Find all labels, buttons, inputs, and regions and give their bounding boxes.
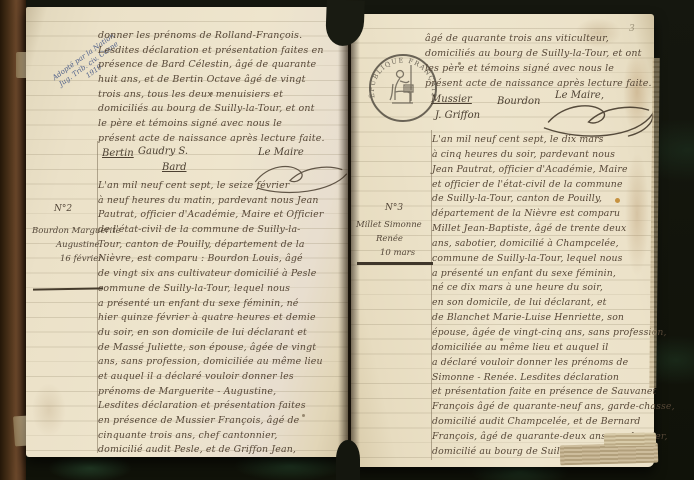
scanned-register-photo: Adopté par la NationJug. Trib. civ. Cosn… <box>0 0 694 480</box>
signature-gaudry: Gaudry S. <box>138 146 188 157</box>
manuscript-line: a présenté un enfant du sexe féminin, né <box>98 297 352 312</box>
margin-date: 10 mars <box>380 248 415 258</box>
manuscript-line: présence de Bard Célestin, âgé de quaran… <box>98 58 348 73</box>
manuscript-line: L'an mil neuf cent sept, le dix mars <box>432 133 664 148</box>
margin-date: 16 février <box>60 254 102 264</box>
manuscript-line: et officier de l'état-civil de la commun… <box>432 178 664 193</box>
manuscript-line: trois ans, tous les deux menuisiers et <box>98 88 348 103</box>
margin-name-2: Renée <box>376 234 403 244</box>
manuscript-line: domiciliée au même lieu et auquel il <box>432 341 664 356</box>
signature-bourdon: Bourdon <box>497 96 540 107</box>
paper-speck <box>302 414 305 417</box>
manuscript-line: né ce dix mars à une heure du soir, <box>432 281 664 296</box>
manuscript-line: de Suilly-la-Tour, canton de Pouilly, <box>432 192 664 207</box>
manuscript-line: prénoms de Marguerite - Augustine, <box>98 385 352 400</box>
act-bourdon-closing: âgé de quarante trois ans viticulteur,do… <box>425 31 665 91</box>
manuscript-line: donner les prénoms de Rolland-François. <box>98 29 348 44</box>
manuscript-line: le père et témoins signé avec nous le <box>98 117 348 132</box>
manuscript-line: a présenté un enfant du sexe féminin, <box>432 267 664 282</box>
manuscript-line: ans, sabotier, domicilié à Champcelée, <box>432 237 664 252</box>
marianne-figure <box>390 65 413 103</box>
manuscript-line: Simonne - Renée. Lesdites déclaration <box>432 371 664 386</box>
manuscript-line: Lesdites déclaration et présentation fai… <box>98 44 348 59</box>
manuscript-line: ans, sans profession, domiciliée au même… <box>98 355 352 370</box>
manuscript-line: commune de Suilly-la-Tour, lequel nous <box>432 252 664 267</box>
manuscript-line: en présence de Mussier François, âgé de <box>98 414 352 429</box>
manuscript-line: domiciliés au bourg de Suilly-la-Tour, e… <box>425 46 665 61</box>
manuscript-line: cinquante trois ans, chef cantonnier, <box>98 429 352 444</box>
act-number: N°3 <box>385 203 403 213</box>
manuscript-line: du soir, en son domicile de lui déclaran… <box>98 326 352 341</box>
manuscript-line: Millet Jean-Baptiste, âgé de trente deux <box>432 222 664 237</box>
manuscript-line: Nièvre, est comparu : Bourdon Louis, âgé <box>98 252 352 267</box>
signature-bard: Bard <box>162 162 187 173</box>
manuscript-line: et présentation faite en présence de Sau… <box>432 385 664 400</box>
paper-speck <box>210 92 213 95</box>
margin-name-2: Augustine <box>56 240 100 250</box>
manuscript-line: de l'état-civil de la commune de Suilly-… <box>98 223 352 238</box>
act-bourdon: L'an mil neuf cent sept, le seize févrie… <box>98 179 352 458</box>
act-number: N°2 <box>54 204 72 214</box>
margin-name: Millet Simonne <box>356 220 422 230</box>
paper-speck <box>458 62 461 65</box>
manuscript-line: épouse, âgée de vingt-cinq ans, sans pro… <box>432 326 664 341</box>
signature-griffon: J. Griffon <box>435 110 480 121</box>
manuscript-line: présent acte de naissance après lecture … <box>98 132 348 147</box>
paper-speck <box>500 338 503 341</box>
left-page: Adopté par la NationJug. Trib. civ. Cosn… <box>26 7 348 457</box>
manuscript-line: huit ans, et de Bertin Octave âgé de vin… <box>98 73 348 88</box>
gutter-shadow <box>338 0 360 480</box>
signature-mussier: Mussier <box>431 94 472 105</box>
manuscript-line: et auquel il a déclaré vouloir donner le… <box>98 370 352 385</box>
manuscript-line: en son domicile, de lui déclarant, et <box>432 296 664 311</box>
manuscript-line: âgé de quarante trois ans viticulteur, <box>425 31 665 46</box>
manuscript-line: hier quinze février à quatre heures et d… <box>98 311 352 326</box>
manuscript-line: L'an mil neuf cent sept, le seize févrie… <box>98 179 352 194</box>
manuscript-line: de vingt six ans cultivateur domicilié à… <box>98 267 352 282</box>
manuscript-line: à neuf heures du matin, pardevant nous J… <box>98 194 352 209</box>
manuscript-line: commune de Suilly-la-Tour, lequel nous <box>98 282 352 297</box>
manuscript-line: Jean Pautrat, officier d'Académie, Maire <box>432 163 664 178</box>
right-page: 3 RÉPUBLIQUE FRANÇAISE âgé de quarante t… <box>351 14 654 467</box>
manuscript-line: à cinq heures du soir, pardevant nous <box>432 148 664 163</box>
manuscript-line: de Blanchet Marie-Luise Henriette, son <box>432 311 664 326</box>
manuscript-line: département de la Nièvre est comparu <box>432 207 664 222</box>
paper-stain <box>32 383 66 437</box>
signature-bertin: Bertin <box>102 148 134 159</box>
gutter-gap-bottom <box>336 440 360 480</box>
manuscript-line: Tour, canton de Pouilly, département de … <box>98 238 352 253</box>
manuscript-line: domicilié audit Champcelée, et de Bernar… <box>432 415 664 430</box>
manuscript-line: François âgé de quarante-neuf ans, garde… <box>432 400 664 415</box>
manuscript-line: Pautrat, officier d'Académie, Maire et O… <box>98 208 352 223</box>
manuscript-line: de Massé Juliette, son épouse, âgée de v… <box>98 341 352 356</box>
act-rolland-closing: donner les prénoms de Rolland-François.L… <box>98 29 348 147</box>
manuscript-line: domiciliés au bourg de Suilly-la-Tour, e… <box>98 102 348 117</box>
manuscript-line: domicilié audit Pesle, et de Griffon Jea… <box>98 443 352 458</box>
manuscript-line: les père et témoins signé avec nous le <box>425 61 665 76</box>
margin-underline <box>357 262 433 265</box>
act-millet: L'an mil neuf cent sept, le dix marsà ci… <box>432 133 664 460</box>
stacked-page-edges <box>604 433 656 447</box>
manuscript-line: présent acte de naissance après lecture … <box>425 76 665 91</box>
manuscript-line: Lesdites déclaration et présentation fai… <box>98 399 352 414</box>
manuscript-line: a déclaré vouloir donner les prénoms de <box>432 356 664 371</box>
